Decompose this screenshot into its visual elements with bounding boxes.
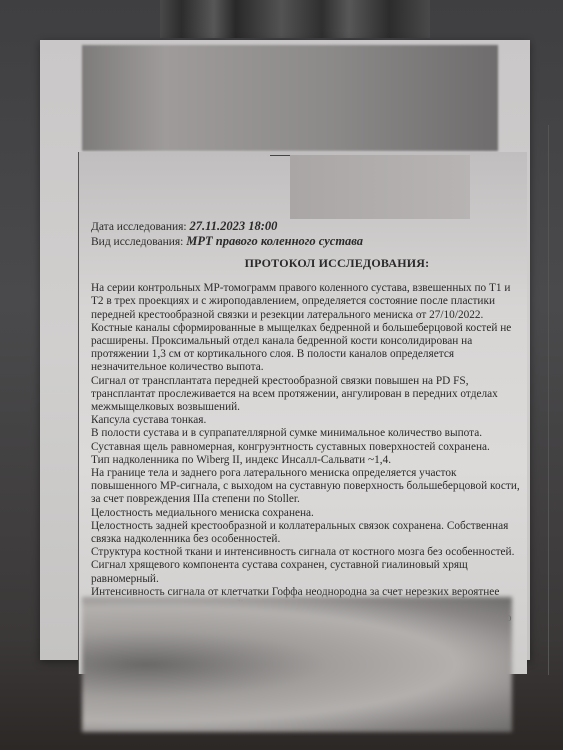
report-paragraph: Сигнал хрящевого компонента сустава сохр… <box>91 559 523 585</box>
exam-date-label: Дата исследования: <box>91 221 187 233</box>
sheet-edge-line <box>548 125 549 675</box>
medical-report: Дата исследования: 27.11.2023 18:00 Вид … <box>91 219 523 652</box>
report-paragraph: Капсула сустава тонкая. <box>91 414 523 427</box>
report-paragraph: Структура костной ткани и интенсивность … <box>91 546 523 559</box>
report-paragraph: Целостность задней крестообразной и колл… <box>91 520 523 546</box>
exam-type-row: Вид исследования: МРТ правого коленного … <box>91 234 523 249</box>
report-paragraph: Сигнал от трансплантата передней крестоо… <box>91 375 523 415</box>
report-paragraph: В полости сустава и в супрапателлярной с… <box>91 427 523 440</box>
redacted-region-top <box>82 45 498 151</box>
background-object <box>160 0 430 38</box>
exam-type-value: МРТ правого коленного сустава <box>186 234 363 248</box>
redacted-region-bottom <box>82 597 512 732</box>
exam-type-label: Вид исследования: <box>91 236 183 248</box>
report-paragraph: Суставная щель равномерная, конгруэнтнос… <box>91 441 523 454</box>
exam-date-value: 27.11.2023 18:00 <box>190 219 278 233</box>
report-paragraph: Тип надколенника по Wiberg II, индекс Ин… <box>91 454 523 467</box>
report-paragraph: Целостность медиального мениска сохранен… <box>91 507 523 520</box>
report-paragraph: На границе тела и заднего рога латеральн… <box>91 467 523 507</box>
exam-date-row: Дата исследования: 27.11.2023 18:00 <box>91 219 523 234</box>
redacted-region-header <box>290 155 470 219</box>
report-paragraph: Костные каналы сформированные в мыщелках… <box>91 322 523 375</box>
report-title: ПРОТОКОЛ ИССЛЕДОВАНИЯ: <box>151 257 523 270</box>
report-paragraph: На серии контрольных МР-томограмм правог… <box>91 282 523 322</box>
